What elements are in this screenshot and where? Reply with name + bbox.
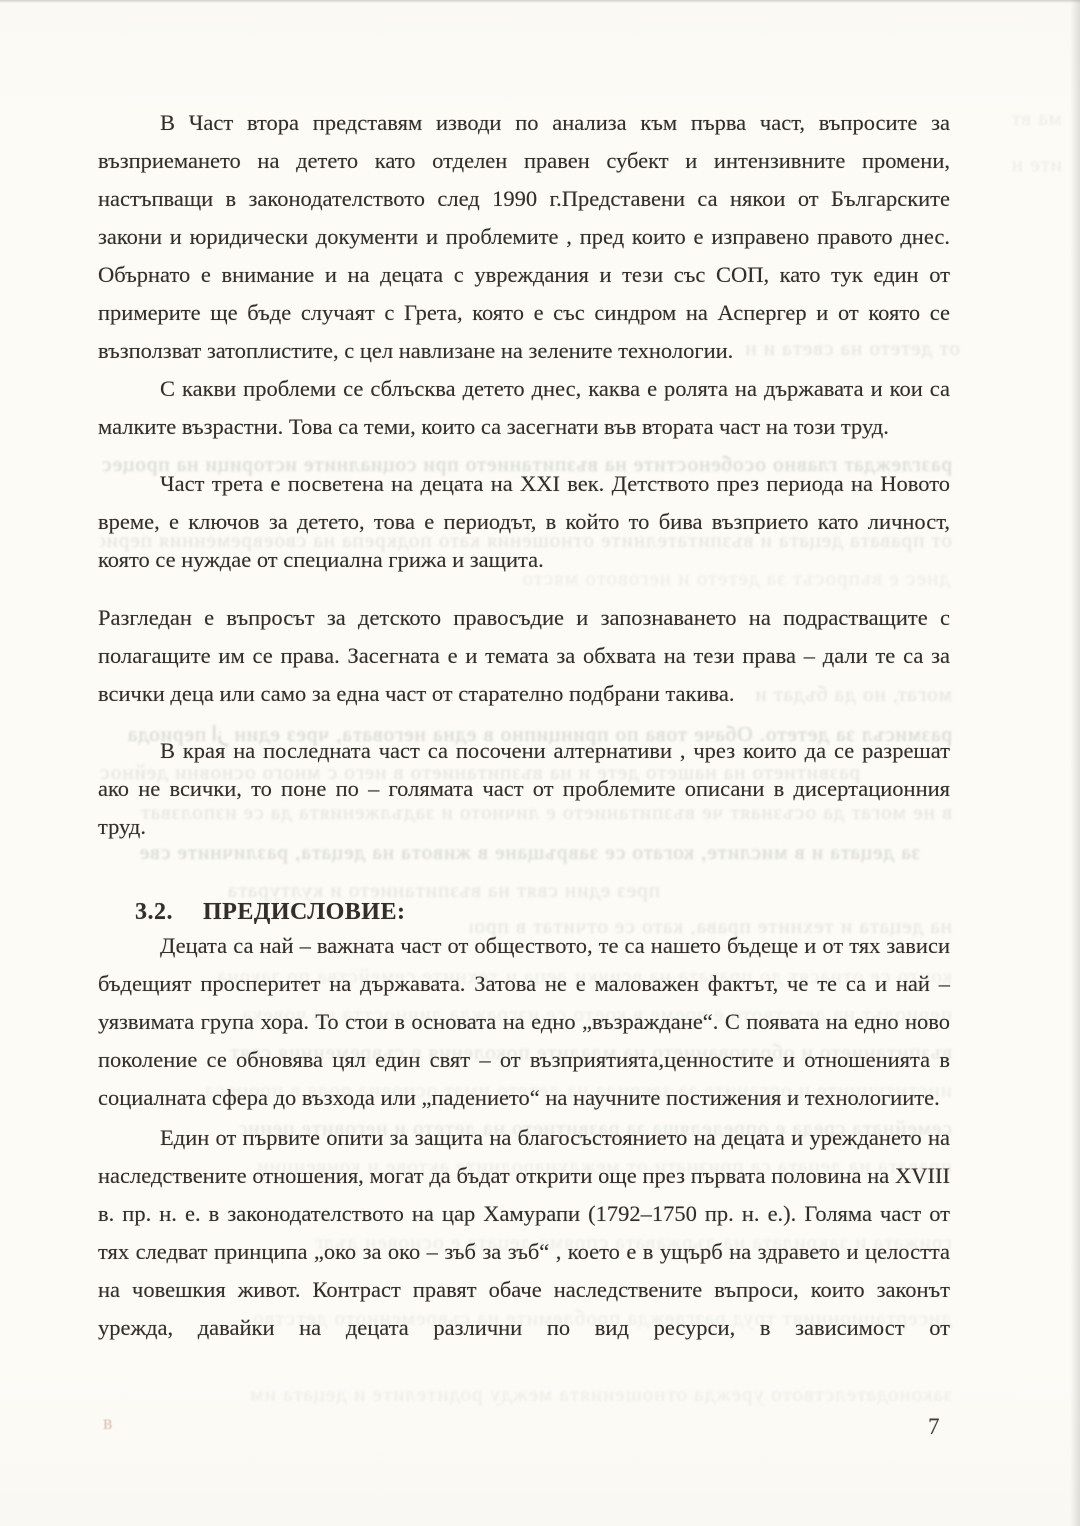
paragraph-part-three: Част трета е посветена на децата на XXI … [98, 465, 950, 579]
stray-ink-mark: в [103, 1412, 112, 1435]
paragraph-child-problems: С какви проблеми се сблъсква детето днес… [98, 370, 950, 446]
document-body: В Част втора представям изводи по анализ… [98, 104, 950, 1347]
paragraph-hammurabi: Един от първите опити за защита на благо… [98, 1119, 950, 1347]
scanned-document-page: ма вт ите н от детето на света и н разгл… [0, 0, 1080, 1526]
bleedthrough-fragment: ма вт [952, 106, 1062, 130]
section-number: 3.2. [135, 897, 173, 927]
section-heading: 3.2. ПРЕДИСЛОВИЕ: [98, 897, 950, 927]
section-title: ПРЕДИСЛОВИЕ: [203, 897, 405, 927]
paragraph-foreword-intro: Децата са най – важната част от общество… [98, 927, 950, 1117]
paragraph-part-two-summary: В Част втора представям изводи по анализ… [98, 104, 950, 370]
bleedthrough-line: законодателството урежда отношенията меж… [220, 1382, 952, 1406]
bleedthrough-fragment: ите н [952, 152, 1062, 176]
paragraph-alternatives: В края на последната част са посочени ал… [98, 732, 950, 846]
page-number: 7 [928, 1414, 940, 1440]
paragraph-juvenile-justice: Разгледан е въпросът за детското правосъ… [98, 599, 950, 713]
scan-edge-top [0, 0, 1080, 3]
scan-edge-right [1070, 0, 1080, 1526]
